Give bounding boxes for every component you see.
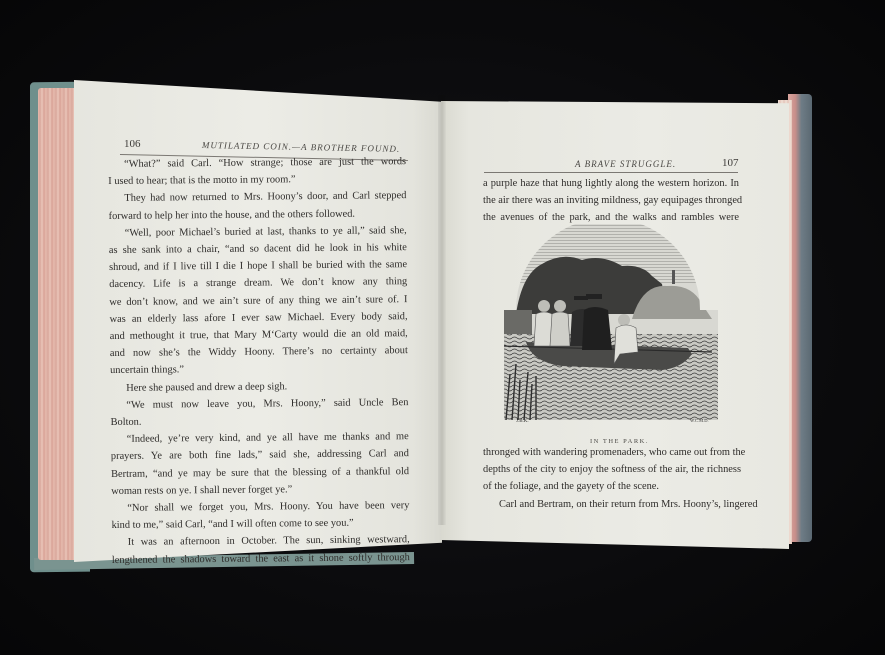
open-book: 106 MUTILATED COIN.—A BROTHER FOUND. “Wh… <box>0 0 885 655</box>
right-header-rule <box>484 172 738 173</box>
right-running-head: A BRAVE STRUGGLE. <box>575 159 676 169</box>
text-line: Bertram, “and ye may be sure that the bl… <box>111 463 409 483</box>
text-line: the air there was an inviting mildness, … <box>483 192 739 209</box>
text-line: thronged with wandering promenaders, who… <box>483 444 741 461</box>
text-line: “Nor shall we forget you, Mrs. Hoony. Yo… <box>111 497 409 517</box>
text-line: of the foliage, and the gayety of the sc… <box>483 478 741 495</box>
right-page-number: 107 <box>722 157 739 169</box>
svg-text:J.B.K.: J.B.K. <box>516 419 529 424</box>
text-line: lengthened the shadows toward the east a… <box>112 549 410 569</box>
text-line: They had now returned to Mrs. Hoony’s do… <box>108 188 406 208</box>
text-line: Carl and Bertram, on their return from M… <box>483 496 741 513</box>
engraving-illustration: J.B.K. W.C.M.D. <box>502 224 720 426</box>
left-page-text: “What?” said Carl. “How strange; those a… <box>108 153 410 569</box>
svg-text:W.C.M.D.: W.C.M.D. <box>690 418 709 423</box>
right-page-text-bottom: thronged with wandering promenaders, who… <box>483 444 741 513</box>
text-line: “What?” said Carl. “How strange; those a… <box>108 153 406 173</box>
left-page-number: 106 <box>124 138 141 150</box>
page-stack-left <box>38 88 80 560</box>
text-line: a purple haze that hung lightly along th… <box>483 175 739 192</box>
text-line: depths of the city to enjoy the softness… <box>483 461 741 478</box>
book-gutter <box>438 95 446 525</box>
text-line: and now she’s the Widdy Hoony. There’s n… <box>110 342 408 362</box>
text-line: “We must now leave you, Mrs. Hoony,” sai… <box>110 394 408 414</box>
right-page-text-top: a purple haze that hung lightly along th… <box>483 175 739 227</box>
